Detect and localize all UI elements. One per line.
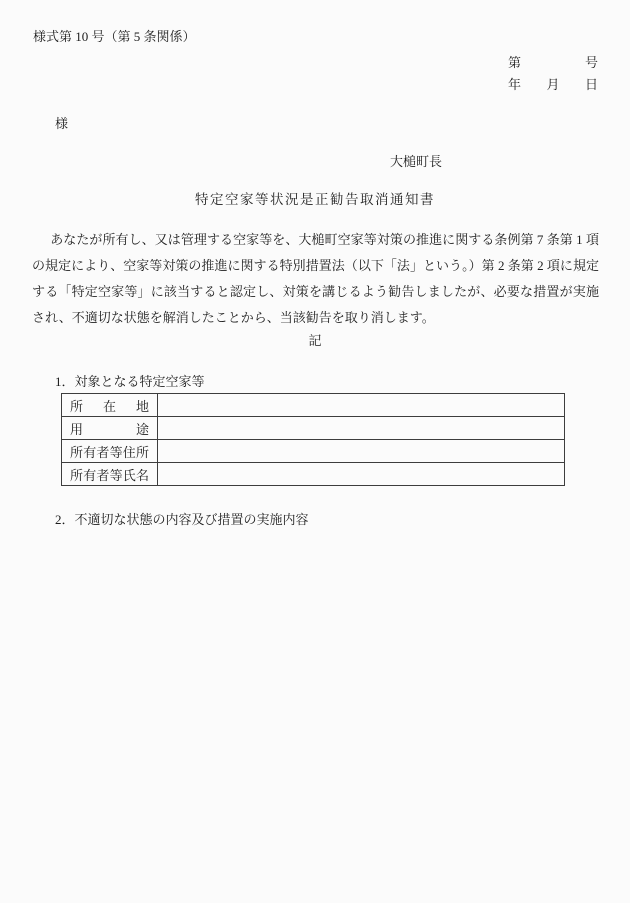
doc-number-line: 第 号 xyxy=(508,55,598,71)
date-month-label: 月 xyxy=(546,77,559,93)
section-2-heading: 2．不適切な状態の内容及び措置の実施内容 xyxy=(55,512,309,528)
date-line: 年 月 日 xyxy=(508,77,598,93)
date-year-label: 年 xyxy=(508,77,521,93)
doc-number-suffix: 号 xyxy=(585,55,598,71)
form-number-label: 様式第 10 号（第 5 条関係） xyxy=(33,29,196,45)
sender-title: 大槌町長 xyxy=(390,154,442,170)
owner-name-row-value xyxy=(158,463,565,486)
document-page: 様式第 10 号（第 5 条関係） 第 号 年 月 日 様 大槌町長 特定空家等… xyxy=(0,0,630,903)
doc-number-prefix: 第 xyxy=(508,55,521,71)
table-row-owner-name: 所有者等氏名 xyxy=(62,463,565,486)
vacant-house-table: 所在地 用途 所有者等住所 所有者等氏名 xyxy=(61,393,565,486)
date-day-label: 日 xyxy=(585,77,598,93)
body-paragraph: あなたが所有し、又は管理する空家等を、大槌町空家等対策の推進に関する条例第 7 … xyxy=(32,227,599,331)
usage-row-value xyxy=(158,417,565,440)
table-row-owner-address: 所有者等住所 xyxy=(62,440,565,463)
owner-address-row-value xyxy=(158,440,565,463)
ki-marker: 記 xyxy=(0,333,630,349)
table-row-location: 所在地 xyxy=(62,394,565,417)
document-title: 特定空家等状況是正勧告取消通知書 xyxy=(0,192,630,208)
location-row-label: 所在地 xyxy=(62,394,158,417)
owner-address-row-label: 所有者等住所 xyxy=(62,440,158,463)
location-row-value xyxy=(158,394,565,417)
owner-name-row-label: 所有者等氏名 xyxy=(62,463,158,486)
usage-row-label: 用途 xyxy=(62,417,158,440)
addressee-honorific: 様 xyxy=(55,116,68,132)
table-row-usage: 用途 xyxy=(62,417,565,440)
section-1-heading: 1．対象となる特定空家等 xyxy=(55,374,205,390)
